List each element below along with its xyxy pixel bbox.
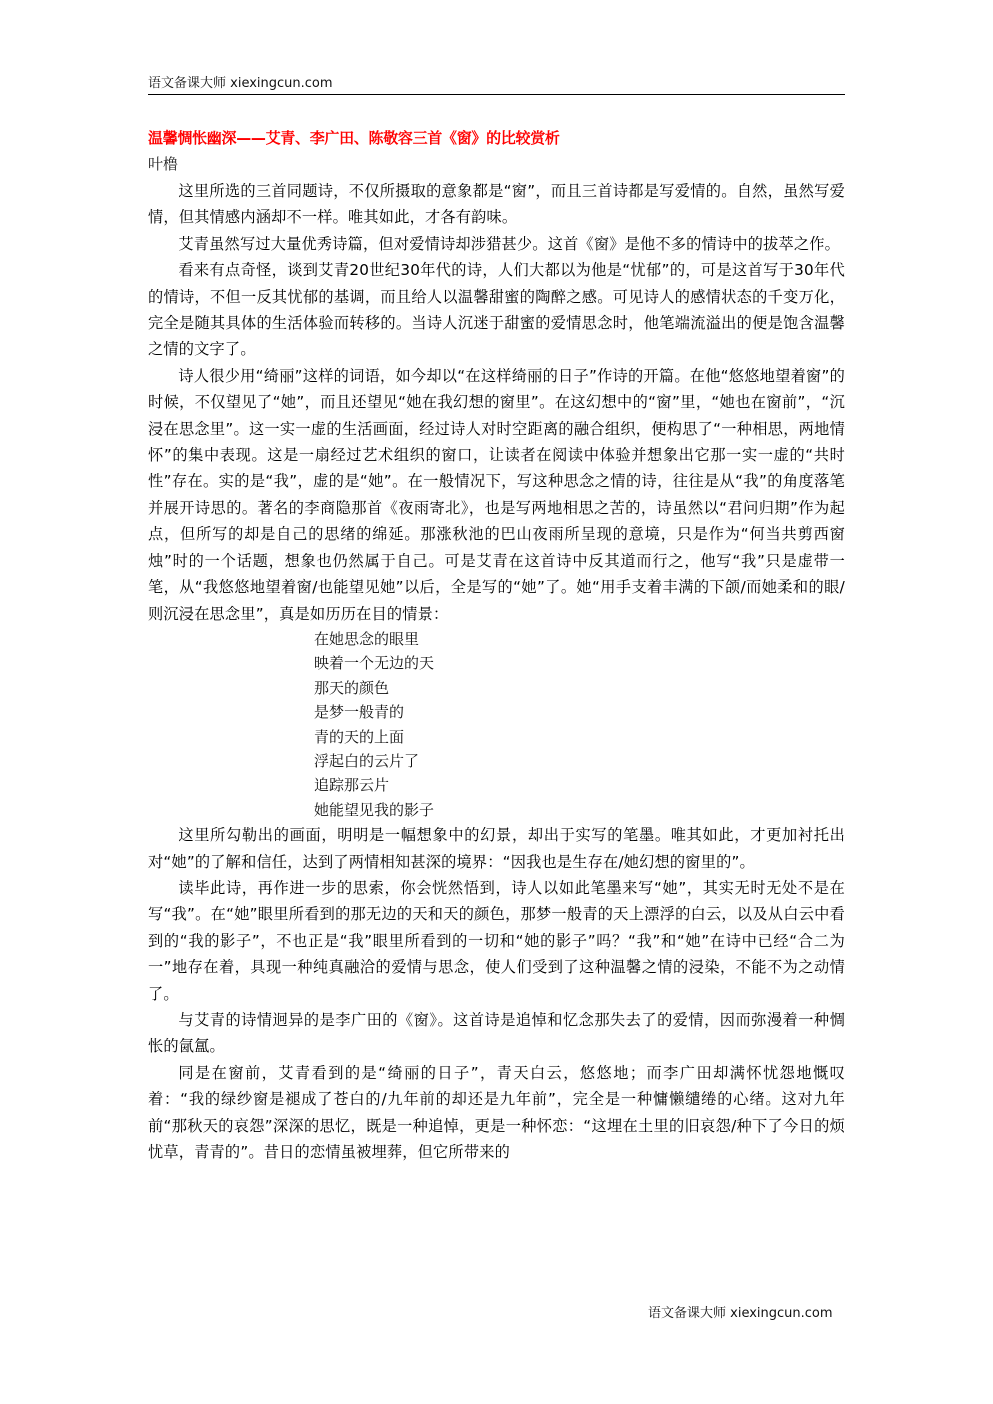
poem-line: 追踪那云片: [314, 773, 845, 797]
article-body: 这里所选的三首同题诗，不仅所摄取的意象都是“窗”，而且三首诗都是写爱情的。自然，…: [148, 178, 845, 1165]
poem-line: 是梦一般青的: [314, 700, 845, 724]
article-author: 叶橹: [148, 153, 178, 174]
poem-line: 她能望见我的影子: [314, 798, 845, 822]
paragraph: 艾青虽然写过大量优秀诗篇，但对爱情诗却涉猎甚少。这首《窗》是他不多的情诗中的拔萃…: [148, 231, 845, 257]
paragraph: 这里所选的三首同题诗，不仅所摄取的意象都是“窗”，而且三首诗都是写爱情的。自然，…: [148, 178, 845, 231]
paragraph: 这里所勾勒出的画面，明明是一幅想象中的幻景，却出于实写的笔墨。唯其如此，才更加衬…: [148, 822, 845, 875]
poem-line: 在她思念的眼里: [314, 627, 845, 651]
paragraph: 看来有点奇怪，谈到艾青20世纪30年代的诗，人们大都以为他是“忧郁”的，可是这首…: [148, 257, 845, 363]
paragraph: 读毕此诗，再作进一步的思索，你会恍然悟到，诗人以如此笔墨来写“她”，其实无时无处…: [148, 875, 845, 1007]
page-footer: 语文备课大师 xiexingcun.com: [648, 1302, 833, 1321]
article-title: 温馨惆怅幽深——艾青、李广田、陈敬容三首《窗》的比较赏析: [148, 127, 560, 148]
paragraph: 同是在窗前，艾青看到的是“绮丽的日子”，青天白云，悠悠地；而李广田却满怀忧怨地慨…: [148, 1060, 845, 1166]
page-header: 语文备课大师 xiexingcun.com: [148, 72, 333, 91]
poem-line: 那天的颜色: [314, 676, 845, 700]
paragraph: 与艾青的诗情迥异的是李广田的《窗》。这首诗是追悼和忆念那失去了的爱情，因而弥漫着…: [148, 1007, 845, 1060]
paragraph: 诗人很少用“绮丽”这样的词语，如今却以“在这样绮丽的日子”作诗的开篇。在他“悠悠…: [148, 363, 845, 627]
poem-line: 映着一个无边的天: [314, 651, 845, 675]
header-divider: [148, 94, 845, 95]
poem-line: 浮起白的云片了: [314, 749, 845, 773]
poem-excerpt: 在她思念的眼里 映着一个无边的天 那天的颜色 是梦一般青的 青的天的上面 浮起白…: [314, 627, 845, 822]
poem-line: 青的天的上面: [314, 725, 845, 749]
